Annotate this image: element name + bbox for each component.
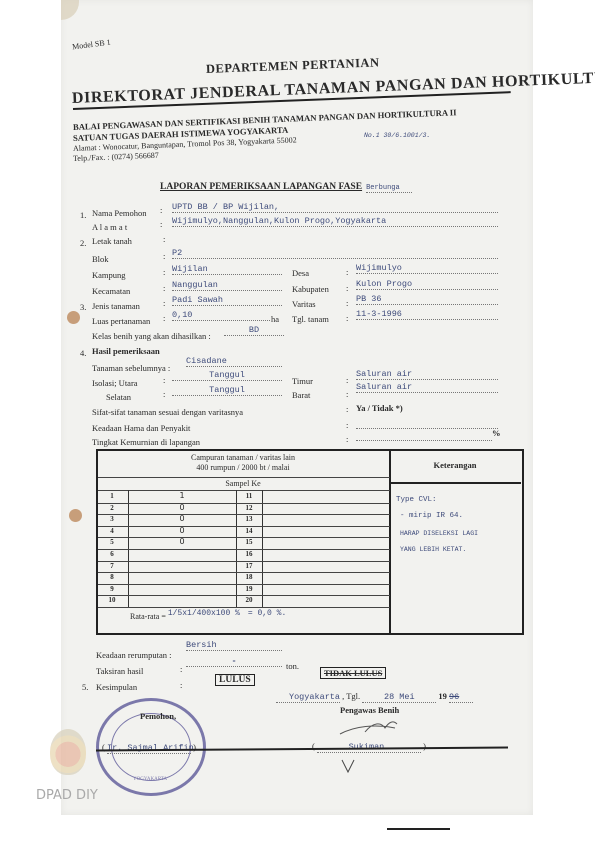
keterangan-notes: Type CVL: - mirip IR 64. HARAP DISELEKSI…	[396, 492, 478, 558]
sample-number: 6	[98, 550, 126, 558]
colon: :	[163, 234, 165, 244]
varitas-label: Varitas	[292, 299, 316, 309]
sample-number: 12	[238, 504, 260, 512]
rata-rata-result: = 0,0 %.	[248, 609, 286, 618]
desa-label: Desa	[292, 268, 309, 278]
pemohon-label: Pemohon,	[140, 711, 176, 721]
colon: :	[180, 664, 182, 674]
taksiran-value: -	[186, 656, 282, 667]
rerumputan-label: Keadaan rerumputan :	[96, 650, 172, 660]
sample-number: 5	[98, 538, 126, 546]
colon: :	[346, 420, 348, 430]
punch-hole	[69, 509, 82, 522]
dpad-emblem-icon	[50, 729, 86, 775]
selatan-label: Selatan	[106, 392, 131, 402]
colon: :	[346, 404, 348, 414]
sample-number: 9	[98, 585, 126, 593]
table-header-line-1: Campuran tanaman / varitas lain	[98, 453, 388, 463]
timur-value: Saluran air	[356, 369, 498, 380]
kesimpulan-label: Kesimpulan	[96, 682, 137, 692]
sample-number: 13	[238, 515, 260, 523]
colon: :	[163, 251, 165, 261]
rata-rata-formula: 1/5x1/400x100 %	[168, 609, 240, 618]
colon: :	[346, 434, 348, 444]
colon: :	[163, 298, 165, 308]
colon: :	[163, 389, 165, 399]
desa-value: Wijimulyo	[356, 263, 498, 274]
sample-value: 0	[130, 514, 234, 523]
sample-number: 19	[238, 585, 260, 593]
sample-number: 3	[98, 515, 126, 523]
tgl-tanam-label: Tgl. tanam	[292, 314, 329, 324]
sample-value: 0	[130, 526, 234, 535]
nama-pemohon-label: Nama Pemohon	[92, 208, 147, 218]
table-rule	[98, 607, 390, 608]
section-4-number: 4.	[80, 348, 86, 358]
colon: :	[346, 313, 348, 323]
sample-number: 15	[238, 538, 260, 546]
keterangan-line: YANG LEBIH KETAT.	[396, 542, 478, 558]
table-header: Campuran tanaman / varitas lain 400 rump…	[98, 453, 388, 473]
keterangan-header: Keterangan	[391, 460, 519, 470]
keterangan-line: HARAP DISELEKSI LAGI	[396, 526, 478, 542]
alamat-label: A l a m a t	[92, 222, 127, 232]
timur-label: Timur	[292, 376, 313, 386]
nama-pemohon-value: UPTD BB / BP Wijilan,	[172, 202, 498, 213]
kemurnian-unit: %	[492, 428, 501, 438]
sample-number: 18	[238, 573, 260, 581]
sample-number: 20	[238, 596, 260, 604]
jenis-tanaman-value: Padi Sawah	[172, 295, 282, 306]
blok-value: P2	[172, 248, 498, 259]
jenis-tanaman-label: Jenis tanaman	[92, 301, 140, 311]
sample-number: 16	[238, 550, 260, 558]
keterangan-line: - mirip IR 64.	[396, 508, 478, 524]
barat-value: Saluran air	[356, 382, 498, 393]
luas-value: 0,10	[172, 310, 270, 321]
tanaman-sebelumnya-label: Tanaman sebelumnya :	[92, 363, 170, 373]
kecamatan-label: Kecamatan	[92, 286, 130, 296]
sifat-tanaman-value: Ya / Tidak *)	[356, 403, 403, 413]
colon: :	[163, 267, 165, 277]
hasil-pemeriksaan-label: Hasil pemeriksaan	[92, 346, 160, 356]
signature-date-row: Yogyakarta , Tgl. 28 Mei 19 96	[276, 691, 473, 703]
kabupaten-label: Kabupaten	[292, 284, 329, 294]
year-suffix: 96	[449, 692, 473, 703]
rerumputan-value: Bersih	[186, 640, 282, 651]
sample-value: 0	[130, 503, 234, 512]
colon: :	[163, 375, 165, 385]
table-rule	[391, 482, 521, 484]
tidak-lulus-option: TIDAK LULUS	[320, 667, 386, 679]
colon: :	[160, 205, 162, 215]
section-1-number: 1.	[80, 210, 86, 220]
kampung-value: Wijilan	[172, 264, 282, 275]
rata-rata-row: Rata-rata = 1/5x1/400x100 % = 0,0 %.	[130, 612, 286, 622]
hama-penyakit-label: Keadaan Hama dan Penyakit	[92, 423, 190, 433]
report-title: LAPORAN PEMERIKSAAN LAPANGAN FASE	[160, 182, 362, 192]
kelas-benih-label: Kelas benih yang akan dihasilkan :	[92, 331, 211, 341]
keterangan-line: Type CVL:	[396, 492, 478, 508]
place-value: Yogyakarta	[276, 692, 340, 703]
colon: :	[163, 313, 165, 323]
sifat-tanaman-label: Sifat-sifat tanaman sesuai dengan varita…	[92, 407, 243, 417]
date-value: 28 Mei	[362, 692, 436, 703]
taksiran-unit: ton.	[286, 661, 299, 671]
kemurnian-label: Tingkat Kemurnian di lapangan	[92, 437, 200, 447]
bottom-bar	[387, 828, 450, 830]
pengawas-label: Pengawas Benih	[340, 705, 399, 715]
kabupaten-value: Kulon Progo	[356, 279, 498, 290]
colon: :	[346, 267, 348, 277]
colon: :	[346, 283, 348, 293]
colon: :	[346, 298, 348, 308]
check-mark	[340, 758, 356, 774]
kampung-label: Kampung	[92, 270, 126, 280]
colon: :	[180, 680, 182, 690]
luas-unit: ha	[271, 314, 279, 324]
colon: :	[346, 375, 348, 385]
luas-label: Luas pertanaman	[92, 316, 150, 326]
sample-number: 14	[238, 527, 260, 535]
tgl-label: , Tgl.	[342, 691, 360, 701]
tanaman-sebelumnya-value: Cisadane	[186, 356, 282, 367]
sample-value: 0	[130, 537, 234, 546]
sample-number: 4	[98, 527, 126, 535]
year-prefix: 19	[438, 691, 447, 701]
blok-label: Blok	[92, 254, 109, 264]
alamat-value: Wijimulyo,Nanggulan,Kulon Progo,Yogyakar…	[172, 216, 498, 227]
sample-number: 1	[98, 492, 126, 500]
report-phase: Berbunga	[366, 184, 412, 193]
colon: :	[163, 283, 165, 293]
barat-label: Barat	[292, 390, 310, 400]
selatan-value: Tanggul	[172, 385, 282, 396]
sample-number: 8	[98, 573, 126, 581]
tgl-tanam-value: 11-3-1996	[356, 309, 498, 320]
kemurnian-value	[356, 430, 492, 441]
section-5-number: 5.	[82, 682, 88, 692]
rata-rata-label: Rata-rata =	[130, 612, 166, 621]
reference-number: No.1 30/6.1001/3.	[364, 132, 430, 139]
sample-number: 7	[98, 562, 126, 570]
table-header-line-2: 400 rumpun / 2000 bt / malai	[98, 463, 388, 473]
hama-penyakit-value	[356, 418, 498, 429]
sample-number: 11	[238, 492, 260, 500]
colon: :	[346, 389, 348, 399]
lulus-option: LULUS	[215, 674, 255, 686]
section-2-number: 2.	[80, 238, 86, 248]
stamp-text: YOGYAKARTA	[133, 777, 167, 782]
watermark: DPAD DIY	[36, 788, 98, 803]
report-title-row: LAPORAN PEMERIKSAAN LAPANGAN FASE Berbun…	[160, 176, 412, 194]
table-rule	[98, 477, 390, 478]
isolasi-utara-value: Tanggul	[172, 370, 282, 381]
section-3-number: 3.	[80, 302, 86, 312]
isolasi-utara-label: Isolasi; Utara	[92, 378, 138, 388]
punch-hole	[67, 311, 80, 324]
colon: :	[160, 219, 162, 229]
taksiran-label: Taksiran hasil	[96, 666, 143, 676]
kecamatan-value: Nanggulan	[172, 280, 282, 291]
sample-number: 17	[238, 562, 260, 570]
varitas-value: PB 36	[356, 294, 498, 305]
sampel-ke-header: Sampel Ke	[98, 479, 388, 488]
sample-number: 10	[98, 596, 126, 604]
kelas-benih-value: BD	[224, 325, 284, 336]
sample-value: 1	[130, 491, 234, 500]
letak-tanah-label: Letak tanah	[92, 236, 132, 246]
signature-scribble	[335, 718, 405, 740]
sample-number: 2	[98, 504, 126, 512]
